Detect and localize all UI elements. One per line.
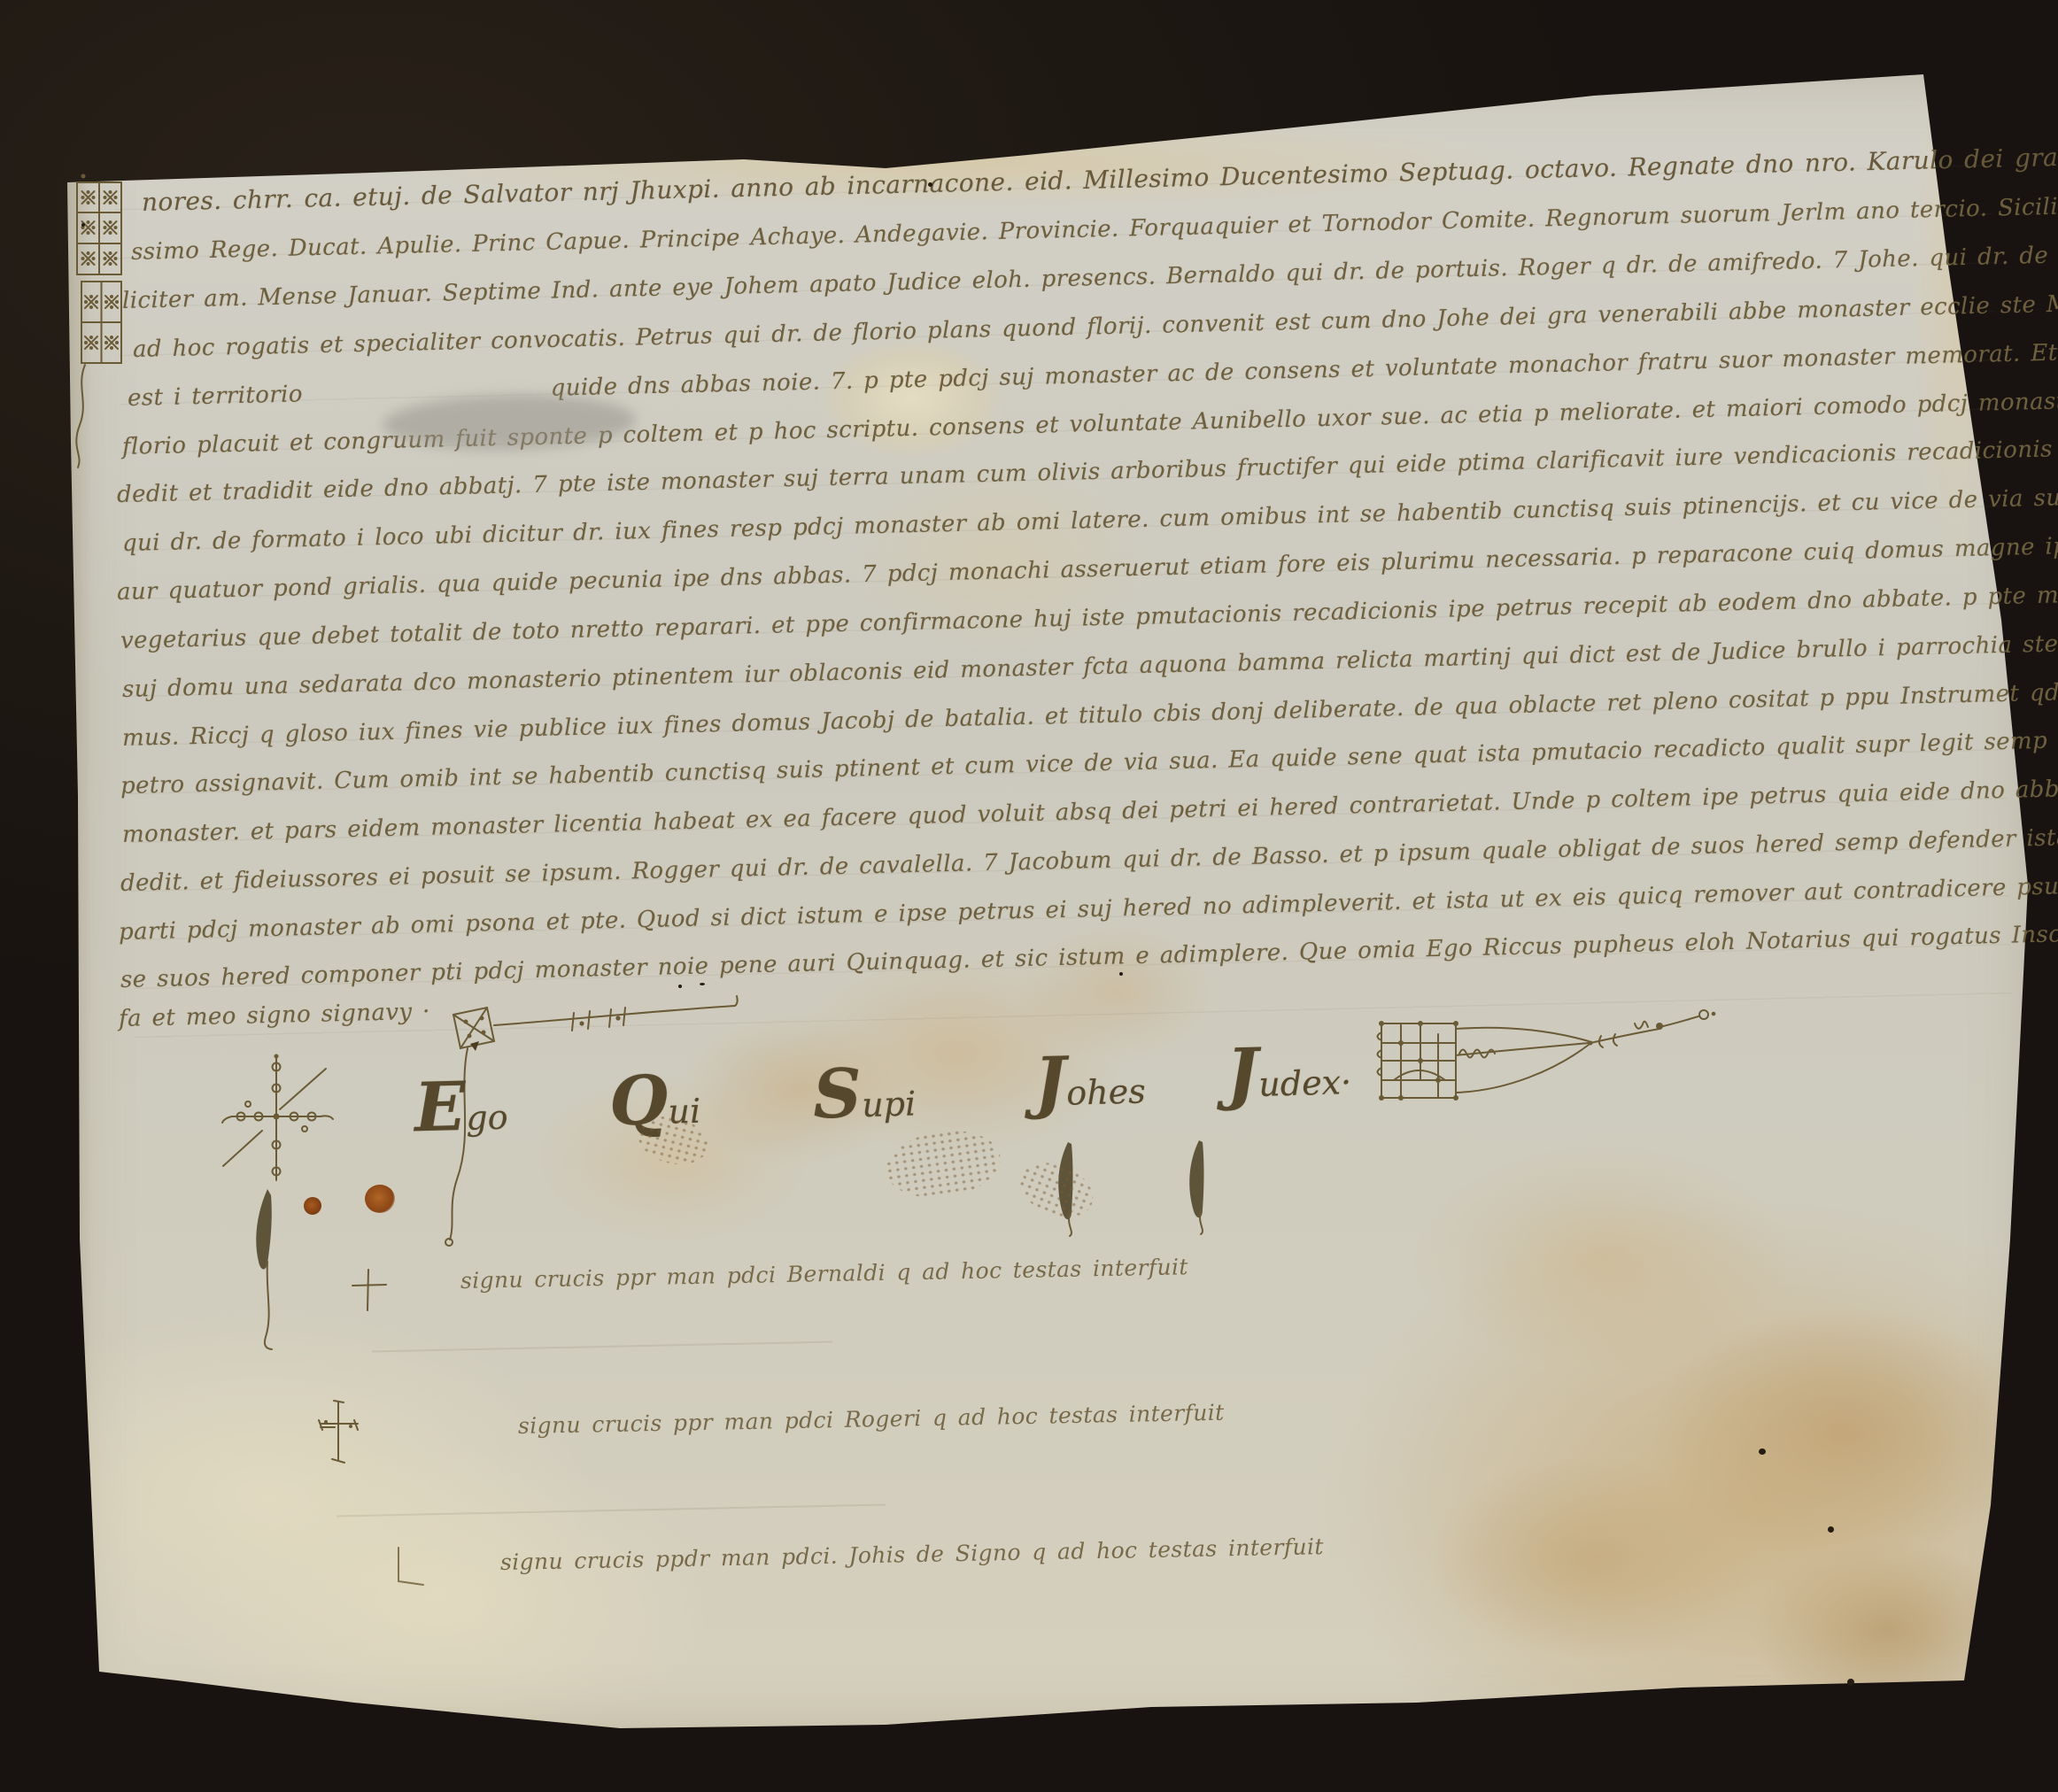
rust-stain	[304, 1197, 321, 1215]
ink-speck	[1119, 972, 1123, 976]
witness-cross-icon	[317, 1397, 361, 1470]
ink-speck	[81, 223, 85, 227]
ink-speck	[928, 182, 932, 187]
photograph-stage: nores. chrr. ca. etuj. de Salvator nrj J…	[0, 0, 2058, 1792]
signature-word: Johes	[1033, 1039, 1147, 1121]
ink-speck	[1828, 1526, 1834, 1533]
ink-speck	[1847, 1679, 1854, 1686]
rust-stain	[365, 1185, 395, 1213]
signature-word: Supi	[812, 1052, 917, 1133]
ink-speck	[678, 985, 682, 988]
witness-mark-icon	[388, 1542, 432, 1591]
signature-word: Ego	[414, 1066, 508, 1147]
witness-cross-icon	[351, 1266, 391, 1315]
signature-word: Judex·	[1226, 1031, 1352, 1113]
ink-speck	[700, 983, 705, 985]
decorated-initial-icon	[74, 174, 128, 470]
judge-signum-icon	[1374, 999, 1729, 1118]
ink-speck	[1759, 1448, 1766, 1455]
pen-flourish-icon	[1181, 1135, 1221, 1237]
